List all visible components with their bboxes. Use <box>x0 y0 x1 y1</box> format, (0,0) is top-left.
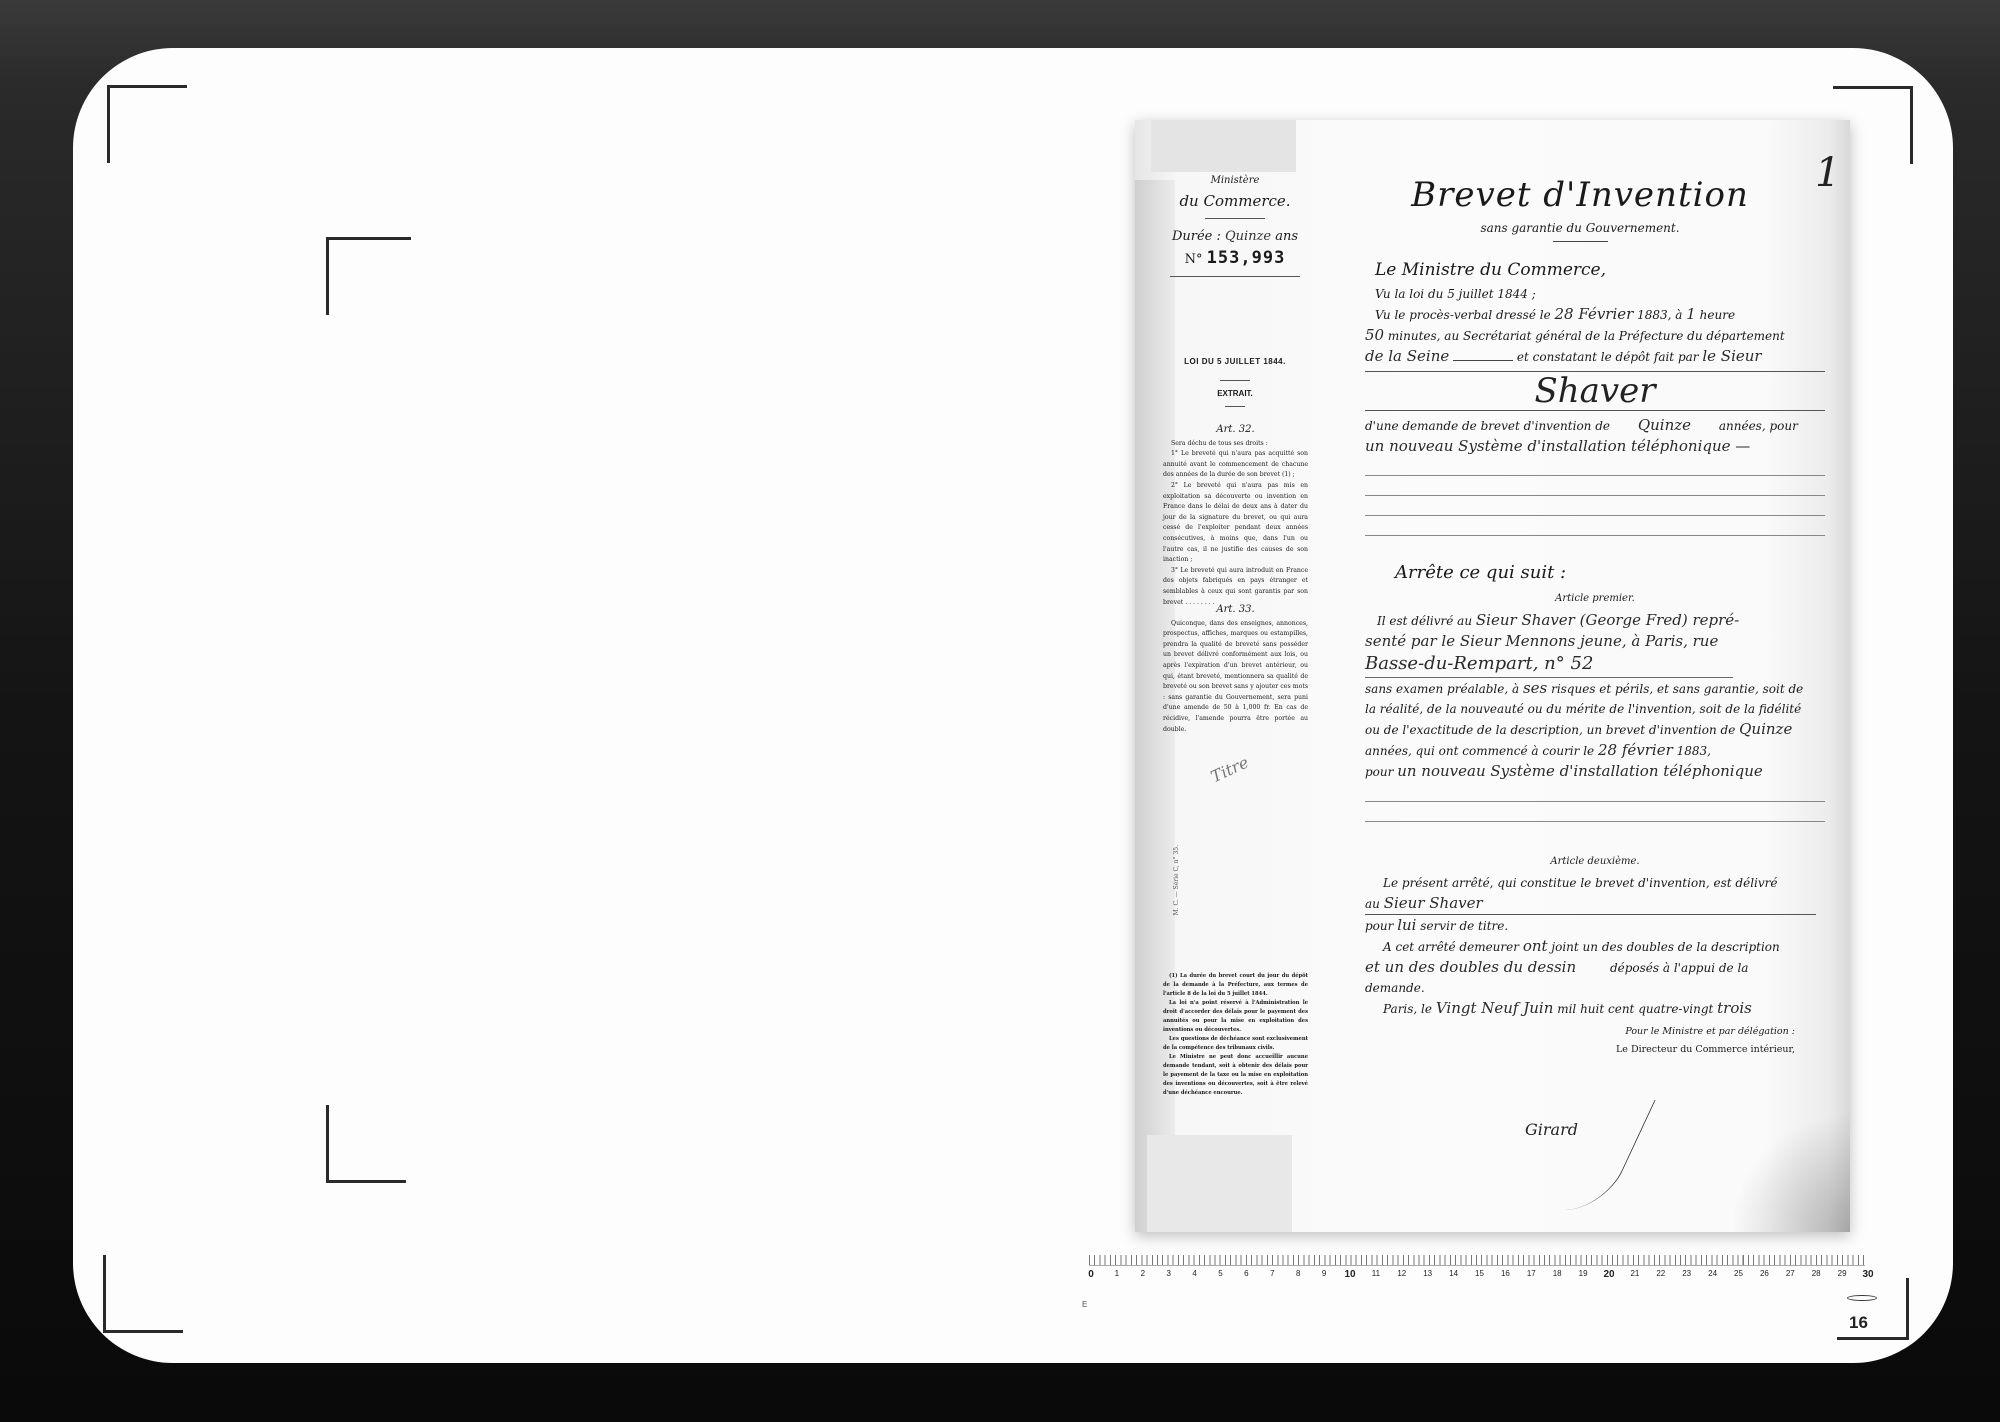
art1-text: sans examen préalable, à <box>1365 682 1519 696</box>
document-subtitle: sans garantie du Gouvernement. <box>1335 221 1825 235</box>
article-32: Art. 32. Sera déchu de tous ses droits :… <box>1163 425 1308 608</box>
ruler-label: 10 <box>1344 1269 1355 1280</box>
date-line: Paris, le Vingt Neuf Juin mil huit cent … <box>1383 998 1825 1019</box>
art1-line: la réalité, de la nouveauté ou du mérite… <box>1365 699 1825 719</box>
art2-text: déposés à l'appui de la <box>1610 961 1749 975</box>
ruler-label: 29 <box>1838 1269 1847 1278</box>
art1-handwritten: 28 février <box>1598 741 1673 759</box>
departement: de la Seine <box>1365 347 1449 365</box>
ruler-label: 27 <box>1786 1269 1795 1278</box>
ministre-line: Le Ministre du Commerce, <box>1375 260 1825 280</box>
ruler-label: 28 <box>1812 1269 1821 1278</box>
art1-line: ou de l'exactitude de la description, un… <box>1365 719 1825 740</box>
ruler-label: 12 <box>1397 1269 1406 1278</box>
art2-text: A cet arrêté demeurer <box>1383 940 1519 954</box>
art1-line: années, qui ont commencé à courir le 28 … <box>1365 740 1825 761</box>
divider <box>1205 218 1265 219</box>
article-32-title: Art. 32. <box>1163 425 1308 436</box>
art2-line: pour lui servir de titre. <box>1365 915 1825 936</box>
crop-mark-bottom-left-inner <box>326 1105 406 1183</box>
art2-handwritten: et un des doubles du dessin <box>1365 958 1576 976</box>
director-role: Le Directeur du Commerce intérieur, <box>1365 1041 1795 1059</box>
art1-handwritten: Sieur Shaver (George Fred) repré- <box>1476 611 1739 629</box>
ruler-label: 23 <box>1682 1269 1691 1278</box>
ruler-label: 17 <box>1527 1269 1536 1278</box>
frame-number: 16 <box>1849 1313 1868 1333</box>
article-deuxieme-heading: Article deuxième. <box>1365 856 1825 867</box>
vu-pv-line: Vu le procès-verbal dressé le 28 Février… <box>1375 304 1825 325</box>
ministere-label: Ministère <box>1165 175 1305 186</box>
art1-text: années, qui ont commencé à courir le <box>1365 744 1594 758</box>
footnote: La loi n'a point réservé à l'Administrat… <box>1163 999 1308 1035</box>
art1-text: 1883, <box>1677 744 1711 758</box>
blank-line <box>1365 456 1825 476</box>
divider <box>1170 276 1300 277</box>
margin-annotation: Titre <box>1208 753 1252 787</box>
article-32-item: 1° Le breveté qui n'aura pas acquitté so… <box>1163 449 1308 481</box>
crop-mark-top-left-inner <box>326 237 411 315</box>
art1-text: risques et périls, et sans garantie, soi… <box>1551 682 1803 696</box>
pv-hour-label: heure <box>1700 308 1735 322</box>
art2-line: au Sieur Shaver <box>1365 893 1816 915</box>
ruler-label: 0 <box>1088 1269 1094 1280</box>
ruler-label: 5 <box>1218 1269 1222 1278</box>
ruler-label: 15 <box>1475 1269 1484 1278</box>
ruler-label: 6 <box>1244 1269 1248 1278</box>
article-33-title: Art. 33. <box>1163 605 1308 616</box>
duree-row: Durée : Quinze ans <box>1165 229 1305 244</box>
date-text: Paris, le <box>1383 1002 1432 1016</box>
pv-date: 28 Février <box>1555 305 1634 323</box>
ruler-label: 16 <box>1501 1269 1510 1278</box>
loi-header: LOI DU 5 JUILLET 1844. EXTRAIT. <box>1165 357 1305 415</box>
ruler-label: 8 <box>1296 1269 1300 1278</box>
art2-text: joint <box>1551 940 1578 954</box>
art2-text: pour <box>1365 919 1393 933</box>
ruler-labels: 0123456789101112131415161718192021222324… <box>1083 1269 1875 1283</box>
duree-value: Quinze <box>1225 229 1271 244</box>
duree-unit: ans <box>1275 229 1298 244</box>
crop-mark-bottom-left-outer <box>103 1255 183 1333</box>
ruler-label: 11 <box>1372 1269 1380 1278</box>
loi-title: LOI DU 5 JUILLET 1844. <box>1165 357 1305 366</box>
art2-text: au <box>1365 897 1380 911</box>
ruler-label: 4 <box>1192 1269 1196 1278</box>
pv-hour: 1 <box>1686 305 1696 323</box>
ruler-label: 26 <box>1760 1269 1769 1278</box>
art1-handwritten: ses <box>1523 679 1547 697</box>
crop-mark-bottom-right-outer <box>1837 1278 1909 1340</box>
demande-line: d'une demande de brevet d'invention de Q… <box>1365 415 1825 436</box>
art2-line: demande. <box>1365 978 1825 998</box>
article-33-text: Quiconque, dans des enseignes, annonces,… <box>1163 619 1308 736</box>
art2-text: servir de titre. <box>1420 919 1508 933</box>
ruler-label: 30 <box>1862 1269 1873 1280</box>
ruler-label: 21 <box>1630 1269 1639 1278</box>
art2-line: Le présent arrêté, qui constitue le brev… <box>1383 873 1825 893</box>
pv-year: 1883, à <box>1637 308 1682 322</box>
art2-text: un des doubles de la description <box>1583 940 1780 954</box>
main-body: Brevet d'Invention sans garantie du Gouv… <box>1365 175 1825 1059</box>
ruler-label: 1 <box>1115 1269 1119 1278</box>
ruler-label: 9 <box>1322 1269 1326 1278</box>
ruler-label: 18 <box>1553 1269 1562 1278</box>
ruler-label: 2 <box>1141 1269 1145 1278</box>
numero-row: N° 153,993 <box>1165 248 1305 268</box>
delegation-line: Pour le Ministre et par délégation : <box>1365 1023 1795 1041</box>
art2-handwritten: ont <box>1523 937 1548 955</box>
demande-suffix: années, pour <box>1719 419 1798 433</box>
art2-line: et un des doubles du dessin déposés à l'… <box>1365 957 1825 978</box>
margin-header: Ministère du Commerce. Durée : Quinze an… <box>1165 175 1305 285</box>
patent-document: 1 Ministère du Commerce. Durée : Quinze … <box>1135 120 1850 1232</box>
art1-address: Basse-du-Rempart, n° 52 <box>1365 651 1733 678</box>
pv-rest: minutes, au Secrétariat général de la Pr… <box>1388 329 1785 343</box>
art1-line: sans examen préalable, à ses risques et … <box>1365 678 1825 699</box>
series-note: M. C. — Série C, n° 35. <box>1173 845 1180 915</box>
art1-text: ou de l'exactitude de la description, un… <box>1365 723 1735 737</box>
ruler-side-mark: E <box>1082 1300 1087 1309</box>
ruler-ticks <box>1089 1255 1865 1266</box>
art2-line: A cet arrêté demeurer ont joint un des d… <box>1383 936 1825 957</box>
ruler-label: 25 <box>1734 1269 1743 1278</box>
blank-line <box>1365 496 1825 516</box>
divider <box>1220 380 1250 381</box>
article-32-intro: Sera déchu de tous ses droits : <box>1163 439 1308 450</box>
article-33: Art. 33. Quiconque, dans des enseignes, … <box>1163 605 1308 735</box>
applicant-name-line: Shaver <box>1365 371 1825 411</box>
footnotes: (1) La durée du brevet court du jour du … <box>1163 972 1308 1098</box>
eye-icon <box>1847 1295 1877 1301</box>
measurement-ruler: 0123456789101112131415161718192021222324… <box>1083 1255 1875 1285</box>
vu-loi-line: Vu la loi du 5 juillet 1844 ; <box>1375 284 1825 304</box>
footnote: Les questions de déchéance sont exclusiv… <box>1163 1035 1308 1053</box>
ruler-label: 19 <box>1579 1269 1588 1278</box>
ruler-label: 24 <box>1708 1269 1717 1278</box>
divider <box>1553 241 1608 242</box>
invention-title: un nouveau Système d'installation téléph… <box>1365 436 1825 456</box>
article-premier-heading: Article premier. <box>1365 593 1825 604</box>
vu-pv-prefix: Vu le procès-verbal dressé le <box>1375 308 1551 322</box>
divider <box>1225 406 1245 407</box>
art1-handwritten-line: senté par le Sieur Mennons jeune, à Pari… <box>1365 631 1825 651</box>
signature-flourish <box>1524 1100 1655 1210</box>
art2-handwritten: lui <box>1397 916 1416 934</box>
duree-label: Durée : <box>1172 229 1221 244</box>
blank-line <box>1365 802 1825 822</box>
patent-number: 153,993 <box>1207 248 1286 268</box>
ruler-label: 7 <box>1270 1269 1274 1278</box>
blank-line <box>1365 782 1825 802</box>
footnote: (1) La durée du brevet court du jour du … <box>1163 972 1308 999</box>
article-32-item: 3° Le breveté qui aura introduit en Fran… <box>1163 566 1308 608</box>
blank-line <box>1365 516 1825 536</box>
art1-line: Il est délivré au Sieur Shaver (George F… <box>1377 610 1825 631</box>
footnote: Le Ministre ne peut donc accueillir aucu… <box>1163 1053 1308 1098</box>
numero-label: N° <box>1185 252 1203 267</box>
art2-handwritten: Sieur Shaver <box>1384 894 1483 912</box>
art1-handwritten: un nouveau Système d'installation téléph… <box>1397 762 1763 780</box>
date-handwritten: trois <box>1717 999 1752 1017</box>
ministere-name: du Commerce. <box>1165 192 1305 210</box>
paper-tab-bottom <box>1147 1135 1292 1232</box>
document-title: Brevet d'Invention <box>1335 175 1825 215</box>
blank-line <box>1365 476 1825 496</box>
art1-text: Il est délivré au <box>1377 614 1472 628</box>
art1-text: pour <box>1365 765 1393 779</box>
depot-text: et constatant le dépôt fait par <box>1517 350 1699 364</box>
signature-block: Pour le Ministre et par délégation : Le … <box>1365 1023 1795 1059</box>
ruler-label: 22 <box>1656 1269 1665 1278</box>
depot-by: le Sieur <box>1702 347 1761 365</box>
extrait-label: EXTRAIT. <box>1165 389 1305 398</box>
demande-prefix: d'une demande de brevet d'invention de <box>1365 419 1610 433</box>
pv-minutes: 50 <box>1365 326 1384 344</box>
ruler-label: 3 <box>1166 1269 1170 1278</box>
date-text: mil huit cent quatre-vingt <box>1557 1002 1713 1016</box>
paper-stain <box>1730 1112 1850 1232</box>
demande-duration: Quinze <box>1638 416 1691 434</box>
applicant-name: Shaver <box>1534 371 1655 411</box>
article-32-item: 2° Le breveté qui n'aura pas mis en expl… <box>1163 481 1308 566</box>
ruler-label: 14 <box>1449 1269 1458 1278</box>
crop-mark-top-left-outer <box>107 85 187 163</box>
ruler-label: 20 <box>1603 1269 1614 1280</box>
paper-tab-top <box>1151 120 1296 172</box>
ruler-label: 13 <box>1423 1269 1432 1278</box>
pv-minutes-line: 50 minutes, au Secrétariat général de la… <box>1365 325 1825 346</box>
art1-handwritten: Quinze <box>1739 720 1792 738</box>
arrete-heading: Arrête ce qui suit : <box>1395 562 1825 583</box>
departement-line: de la Seine et constatant le dépôt fait … <box>1365 346 1825 367</box>
art1-line: pour un nouveau Système d'installation t… <box>1365 761 1825 782</box>
date-handwritten: Vingt Neuf Juin <box>1436 999 1554 1017</box>
